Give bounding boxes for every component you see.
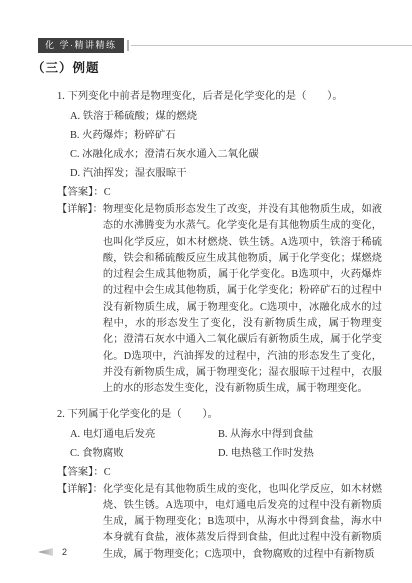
explanation-text: 物理变化是物质形态发生了改变，并没有其他物质生成，如液态的水沸腾变为水蒸气。化学…	[103, 202, 382, 398]
answer-row: 【答案】： C	[57, 183, 382, 202]
question-1: 1. 下列变化中前者是物理变化，后者是化学变化的是（ ）。 A. 铁溶于稀硫酸；…	[32, 87, 382, 398]
explanation-row: 【详解】： 物理变化是物质形态发生了改变，并没有其他物质生成，如液态的水沸腾变为…	[57, 202, 382, 398]
explanation-text: 化学变化是有其他物质生成的变化，也叫化学反应，如木材燃烧、铁生锈。A选项中，电灯…	[103, 482, 382, 563]
option-b: B. 火药爆炸；粉碎矿石	[70, 126, 382, 145]
option-a: A. 铁溶于稀硫酸；煤的燃烧	[70, 107, 382, 126]
answer-row: 【答案】： C	[57, 463, 382, 482]
option-d: D. 电热毯工作时发热	[218, 444, 382, 463]
question-stem: 1. 下列变化中前者是物理变化，后者是化学变化的是（ ）。	[57, 87, 382, 107]
page-arrow-icon	[38, 548, 53, 556]
header-rule-line	[131, 45, 412, 46]
answer-label: 【答案】：	[57, 183, 104, 202]
section-title: （三）例题	[32, 58, 382, 76]
explanation-label: 【详解】：	[57, 202, 103, 218]
question-2-options: A. 电灯通电后发亮 B. 从海水中得到食盐 C. 食物腐败 D. 电热毯工作时…	[70, 425, 382, 463]
answer-label: 【答案】：	[57, 463, 104, 482]
question-1-options: A. 铁溶于稀硫酸；煤的燃烧 B. 火药爆炸；粉碎矿石 C. 冰融化成水；澄清石…	[70, 107, 382, 183]
page-number: 2	[62, 547, 67, 557]
option-b: B. 从海水中得到食盐	[218, 425, 382, 444]
option-a: A. 电灯通电后发亮	[70, 425, 218, 444]
answer-value: C	[104, 463, 111, 482]
textbook-page: 化 学·精讲精练 （三）例题 1. 下列变化中前者是物理变化，后者是化学变化的是…	[0, 0, 412, 583]
option-c: C. 冰融化成水；澄清石灰水通入二氧化碳	[70, 145, 382, 164]
header-tick-divider	[127, 40, 129, 51]
page-header: 化 学·精讲精练	[38, 37, 412, 53]
explanation-row: 【详解】： 化学变化是有其他物质生成的变化，也叫化学反应，如木材燃烧、铁生锈。A…	[57, 482, 382, 563]
explanation-label: 【详解】：	[57, 482, 103, 498]
question-2: 2. 下列属于化学变化的是（ ）。 A. 电灯通电后发亮 B. 从海水中得到食盐…	[32, 405, 382, 563]
answer-value: C	[104, 183, 111, 202]
subject-badge: 化 学·精讲精练	[38, 38, 124, 53]
question-stem: 2. 下列属于化学变化的是（ ）。	[57, 405, 382, 425]
page-footer: 2	[38, 547, 67, 557]
option-d: D. 汽油挥发；湿衣服晾干	[70, 164, 382, 183]
page-content: （三）例题 1. 下列变化中前者是物理变化，后者是化学变化的是（ ）。 A. 铁…	[32, 58, 382, 563]
option-c: C. 食物腐败	[70, 444, 218, 463]
